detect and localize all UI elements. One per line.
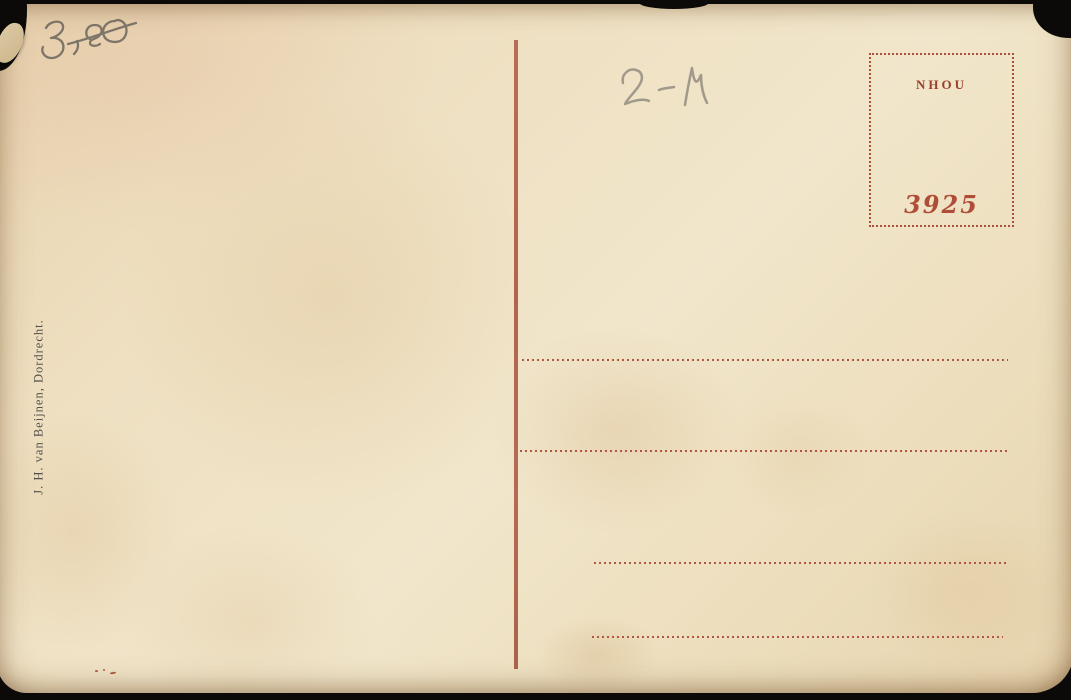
- pencil-digit-3: [42, 22, 63, 58]
- ink-speckle: [103, 669, 105, 671]
- photo-backdrop: J. H. van Beijnen, Dordrecht. NHOU 3925: [0, 0, 1071, 700]
- address-line-4: [592, 636, 1003, 638]
- handwritten-price-annotation: [34, 16, 139, 91]
- postcard-back: J. H. van Beijnen, Dordrecht. NHOU 3925: [0, 4, 1071, 693]
- publisher-imprint: J. H. van Beijnen, Dordrecht.: [32, 319, 47, 495]
- address-line-3: [594, 562, 1008, 564]
- handwritten-region-code: [615, 62, 725, 117]
- stamp-box: NHOU 3925: [869, 53, 1014, 227]
- stamp-box-label: NHOU: [871, 77, 1012, 93]
- address-line-2: [520, 450, 1008, 452]
- ink-speckle: [110, 672, 116, 675]
- divider-line: [514, 40, 518, 669]
- pencil-letter-h: [685, 68, 707, 105]
- top-edge-notch: [639, 0, 709, 9]
- pencil-digit-0: [103, 20, 126, 42]
- pencil-digit-2: [623, 70, 649, 104]
- stamp-box-number: 3925: [871, 190, 1012, 219]
- ink-speckle: [95, 670, 98, 672]
- address-line-1: [522, 359, 1008, 361]
- torn-corner-top-right: [1033, 0, 1071, 38]
- pencil-dash: [659, 87, 674, 90]
